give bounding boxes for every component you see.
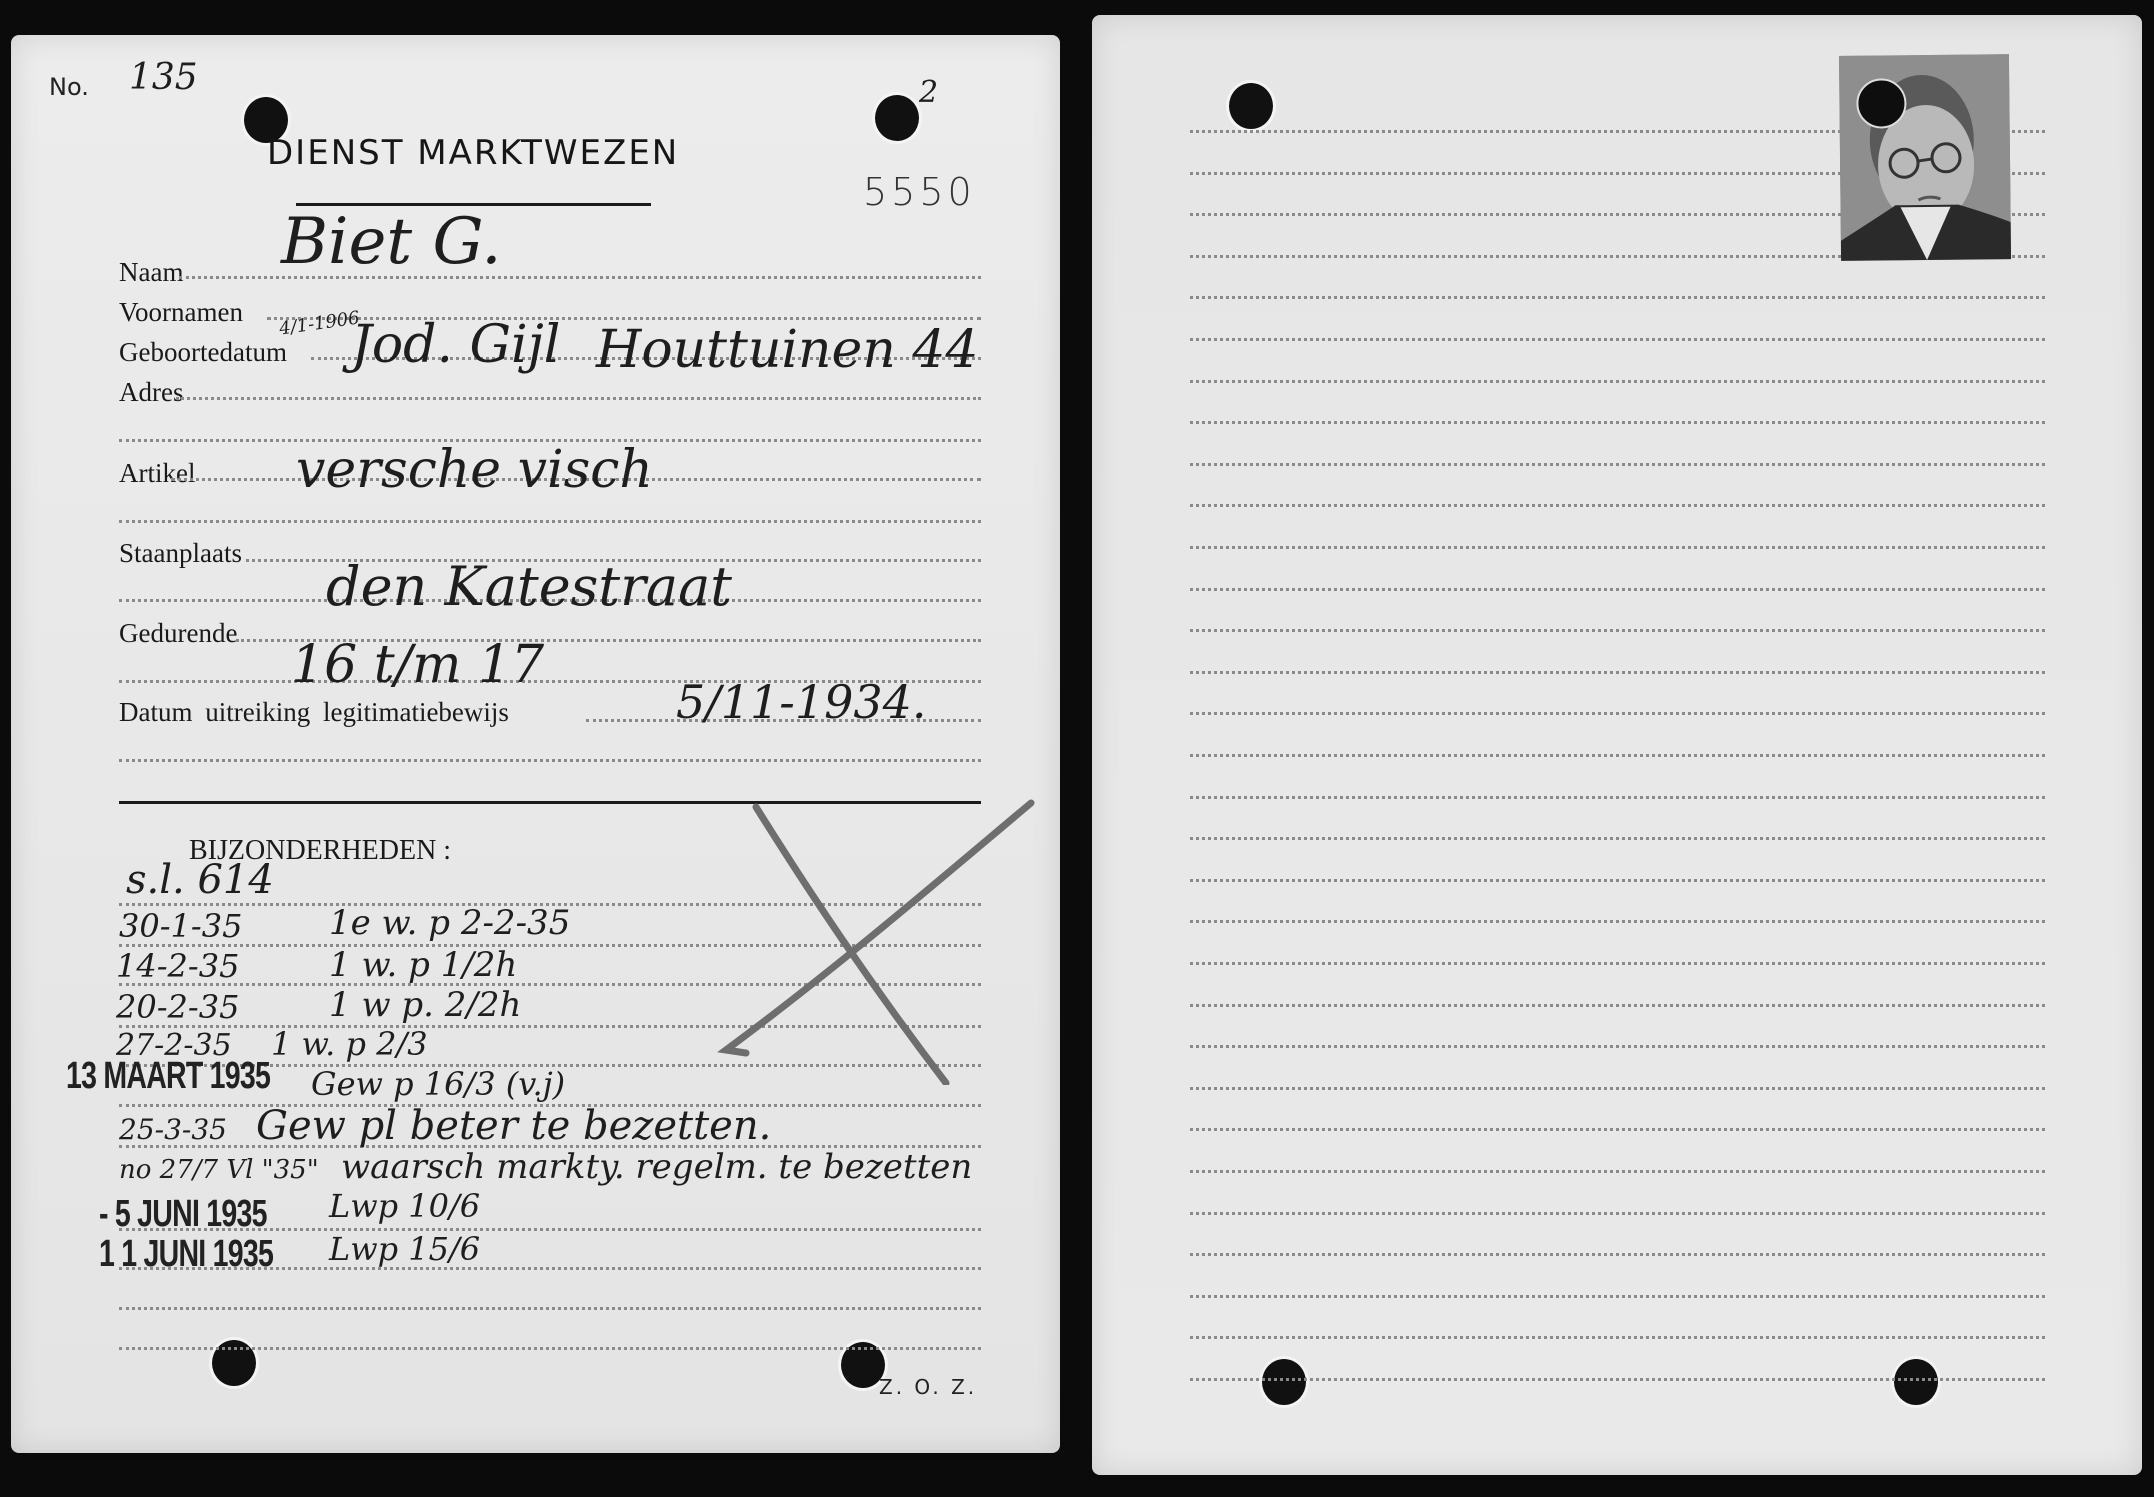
field-line: [176, 397, 981, 400]
registration-card-front: No. 135 2 DIENST MARKTWEZEN 5550 Naam Vo…: [11, 35, 1060, 1453]
ruled-line: [1190, 380, 2045, 383]
date-stamp: 13 MAART 1935: [66, 1055, 270, 1098]
ruled-line: [1190, 754, 2045, 757]
corner-mark: 2: [919, 75, 938, 110]
cross-out-mark-icon: [701, 795, 1041, 1085]
field-label-adres: Adres: [119, 377, 183, 408]
ruled-line: [1190, 671, 2045, 674]
date-stamp: - 5 JUNI 1935: [99, 1193, 267, 1236]
ruled-line: [1190, 1253, 2045, 1256]
field-value-artikel: versche visch: [296, 440, 653, 500]
punch-hole-icon: [875, 95, 919, 141]
note-text: 1e w. p 2-2-35: [329, 903, 570, 943]
field-label-gedurende: Gedurende: [119, 618, 237, 649]
portrait-photo: [1839, 54, 2011, 261]
ruled-line: [1190, 504, 2045, 507]
note-date: 30-1-35: [119, 907, 242, 945]
field-value-naam: Biet G.: [281, 205, 502, 279]
ruled-line: [1190, 629, 2045, 632]
ruled-line: [1190, 837, 2045, 840]
field-label-datum-uitreiking: Datum uitreiking legitimatiebewijs: [119, 697, 509, 728]
note-text: 1 w. p 2/3: [271, 1025, 428, 1063]
ruled-line: [1190, 962, 2045, 965]
note-entry: s.l. 614: [126, 857, 274, 903]
note-text: 1 w. p 1/2h: [329, 945, 517, 985]
reference-number: 5550: [863, 170, 976, 214]
ruled-line: [1190, 1170, 2045, 1173]
punch-hole-icon: [1894, 1359, 1938, 1405]
field-value-voornamen: Jod. Gijl: [351, 315, 560, 375]
field-value-geboortedatum: 4/1-1906: [278, 307, 361, 339]
card-title: DIENST MARKTWEZEN: [267, 133, 679, 173]
ruled-line: [1190, 463, 2045, 466]
note-text: Gew pl beter te bezetten.: [256, 1103, 771, 1149]
notes-line: [119, 1347, 981, 1350]
note-text: Gew p 16/3 (v.j): [311, 1065, 565, 1103]
ruled-line: [1190, 1378, 2045, 1381]
ruled-line: [1190, 1336, 2045, 1339]
number-label: No.: [49, 73, 89, 101]
punch-hole-icon: [1229, 83, 1273, 129]
field-label-geboortedatum: Geboortedatum: [119, 337, 287, 368]
field-label-naam: Naam: [119, 257, 183, 288]
field-line: [119, 520, 981, 523]
ruled-line: [1190, 338, 2045, 341]
ruled-line: [1190, 1004, 2045, 1007]
ruled-line: [1190, 1295, 2045, 1298]
ruled-line: [1190, 421, 2045, 424]
note-text: Lwp 10/6: [329, 1187, 480, 1225]
ruled-line: [1190, 546, 2045, 549]
registration-card-back: [1092, 15, 2142, 1475]
field-label-artikel: Artikel: [119, 458, 195, 489]
date-stamp: 1 1 JUNI 1935: [99, 1233, 273, 1276]
ruled-line: [1190, 796, 2045, 799]
field-line: [119, 759, 981, 762]
note-text: Lwp 15/6: [329, 1230, 480, 1268]
ruled-line: [1190, 588, 2045, 591]
field-value-gedurende: 16 t/m 17: [291, 635, 544, 695]
note-date: 14-2-35: [116, 947, 239, 985]
ruled-line: [1190, 1128, 2045, 1131]
field-label-voornamen: Voornamen: [119, 297, 243, 328]
note-date: 20-2-35: [116, 988, 239, 1026]
note-date: 25-3-35: [119, 1113, 227, 1146]
field-value-adres: Houttuinen 44: [596, 320, 979, 380]
notes-line: [119, 1307, 981, 1310]
note-text: 1 w p. 2/2h: [329, 985, 521, 1025]
ruled-line: [1190, 1045, 2045, 1048]
ruled-line: [1190, 1087, 2045, 1090]
ruled-line: [1190, 1212, 2045, 1215]
card-number: 135: [129, 57, 198, 98]
ruled-line: [1190, 712, 2045, 715]
field-value-datum-uitreiking: 5/11-1934.: [676, 675, 927, 729]
punch-hole-icon: [1262, 1359, 1306, 1405]
field-value-staanplaats: den Katestraat: [326, 555, 732, 618]
ruled-line: [1190, 920, 2045, 923]
reverse-side-note: Z. O. Z.: [879, 1375, 977, 1399]
note-text: waarsch markty. regelm. te bezetten: [341, 1147, 972, 1187]
ruled-line: [1190, 296, 2045, 299]
portrait-figure-icon: [1839, 54, 2011, 261]
field-label-staanplaats: Staanplaats: [119, 538, 242, 569]
ruled-line: [1190, 879, 2045, 882]
note-date: no 27/7 Vl "35": [119, 1155, 319, 1185]
